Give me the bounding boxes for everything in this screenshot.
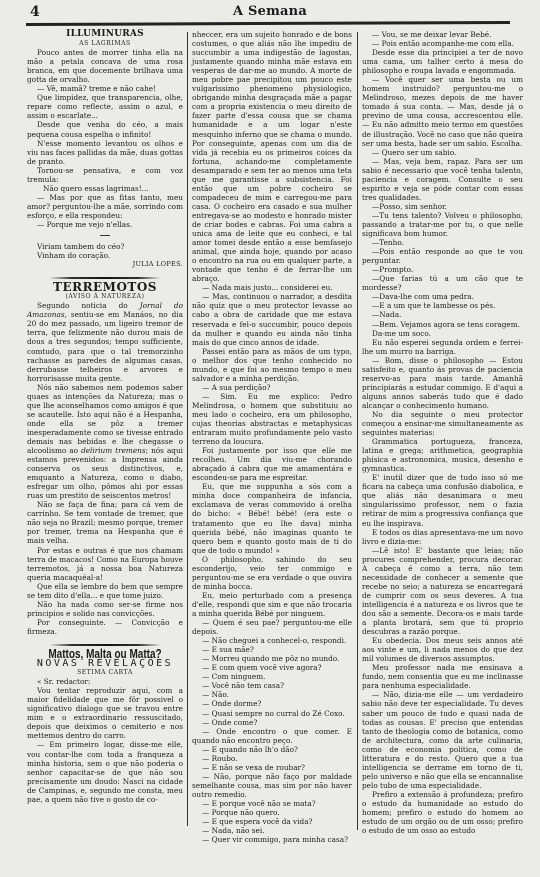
article-subtitle: AS LAGRIMAS [27, 39, 183, 48]
article-title: Mattos, Malta ou Matta? [43, 650, 168, 659]
paragraph: — Sim. Eu me explico: Pedro Melindrosa, … [192, 392, 352, 446]
paragraph: —Prompto. [362, 265, 523, 274]
article-mattos: Mattos, Malta ou Matta? NOVAS REVELAÇÕES… [27, 650, 183, 804]
separator [100, 235, 110, 236]
paragraph: Que limpidez, que transparencia, olhe, r… [27, 93, 183, 120]
dialogue-line: — Você não tem casa? [192, 681, 352, 690]
column-divider [187, 32, 188, 826]
paragraph: Tornou-se pensativa, e com voz tremula: [27, 166, 183, 184]
paragraph: Não quero essas lagrimas!... [27, 184, 183, 193]
paragraph: — Vou, se me deixar levar Bebé. [362, 30, 523, 39]
paragraph: — Bom, disse o philosopho — Estou satisf… [362, 356, 523, 410]
dialogue-line: — Onde dorme? [192, 699, 352, 708]
paragraph: Por conseguinte. — Convicção e firmeza. [27, 618, 183, 636]
paragraph: — Porque me vejo n'ellas. [27, 220, 183, 229]
paragraph: — Nada mais justo... considerei eu. [192, 283, 352, 292]
dialogue-line: — E que espera você da vida? [192, 817, 352, 826]
paragraph: Não se faça de fina; para cá vem de carr… [27, 500, 183, 545]
paragraph: — A sua perdição? [192, 383, 352, 392]
dialogue-line: — Morreu quando me pôz no mundo. [192, 654, 352, 663]
paragraph: — Mas, veja bem, rapaz. Para ser um sabi… [362, 157, 523, 202]
closing-line: Viriam tambem do céo? [27, 242, 183, 251]
dialogue-line: — Nada, não sei. [192, 826, 352, 835]
dialogue-line: — E sua mãe? [192, 645, 352, 654]
paragraph: E' inutil dizer que de tudo isso só me f… [362, 473, 523, 527]
paragraph: —Bem. Vejamos agora se tens coragem. [362, 320, 523, 329]
closing-line: Vinham do coração. [27, 251, 183, 260]
paragraph: E todos os dias apresentava-me um novo l… [362, 528, 523, 546]
salutation: « Sr. redactor: [27, 677, 183, 686]
ornamental-rule [49, 277, 161, 279]
paragraph: Desde que venha do céo, a mais pequena c… [27, 120, 183, 138]
dialogue-line: — Porque não quero. [192, 808, 352, 817]
dialogue-line: — E não se vexa de roubar? [192, 763, 352, 772]
paragraph: —Dava-lhe com uma pedra. [362, 292, 523, 301]
paragraph: —Tu tens talento? Volveu o philosopho, p… [362, 211, 523, 238]
dialogue-line: — Quer vir commigo, para minha casa? [192, 835, 352, 844]
dialogue-line: — E com quem você vive agora? [192, 663, 352, 672]
author-signature: JULIA LOPES. [27, 260, 183, 269]
paragraph: — Não, dizia-me elle — um verdadeiro sab… [362, 690, 523, 790]
paragraph: N'esse momento levantou os olhos e viu n… [27, 139, 183, 166]
paragraph: Prefiro a extensão á profundeza; prefiro… [362, 790, 523, 835]
paragraph: Que ella se lembre do bem que sempre se … [27, 582, 183, 600]
paragraph: —E a um que te lambesse os pés. [362, 301, 523, 310]
paragraph: — Mas por que as fitas tanto, meu amor? … [27, 193, 183, 220]
paragraph: Passei então para as mãos de um typo, o … [192, 347, 352, 383]
paragraph: —Pois então responde ao que te vou pergu… [362, 247, 523, 265]
page-header: 4 A Semana [0, 0, 540, 24]
paragraph: — Mas, continuou o narrador, a desdita n… [192, 292, 352, 346]
paragraph: Grammatica portugueza, franceza, latina … [362, 437, 523, 473]
dialogue-line: — Não cheguei a conhecel-o, respondi. [192, 636, 352, 645]
paragraph: Meu professor nada me ensinava a fundo, … [362, 663, 523, 690]
paragraph: O philosopho, sahindo do seu esconderijo… [192, 555, 352, 591]
paragraph: Eu obedecia. Dos meus seis annos até aos… [362, 636, 523, 663]
paragraph: Desde esse dia principiei a ter de novo … [362, 48, 523, 75]
paragraph: — Você quer ser uma besta ou um homem in… [362, 75, 523, 147]
dialogue-line: — Com ninguem. [192, 672, 352, 681]
article-title: ILLUMINURAS [27, 30, 183, 39]
dialogue-line: — E porque você não se mata? [192, 799, 352, 808]
dialogue-line: — E quando não lh'o dão? [192, 745, 352, 754]
paragraph: Segundo noticia do Jornal do Amazonas, s… [27, 301, 183, 382]
dialogue-line: — Quasi sempre no curral do Zé Coxo. [192, 709, 352, 718]
column-divider [357, 32, 358, 830]
ornamental-rule [49, 644, 161, 646]
article-subtitle: (AVISO Á NATUREZA) [27, 292, 183, 301]
dialogue-line: — Onde encontro o que comer. E quando nã… [192, 727, 352, 745]
paragraph: Foi justamente por isso que elle me reco… [192, 446, 352, 482]
paragraph: No dia seguinte o meu protector começou … [362, 410, 523, 437]
header-rule [26, 21, 510, 26]
paragraph: Eu, meio perturbado com a presença d'ell… [192, 591, 352, 618]
paragraph: — Quem é seu pae? perguntou-me elle depo… [192, 618, 352, 636]
left-column: ILLUMINURAS AS LAGRIMAS Pouco antes de m… [27, 30, 183, 804]
dialogue-line: — Roubo. [192, 754, 352, 763]
paragraph: Não ha nada como ser-se firme nos princi… [27, 600, 183, 618]
paragraph: —Posso, sim senhor. [362, 202, 523, 211]
paragraph: Por estas e outras é que nos chamam terr… [27, 546, 183, 582]
article-section: SETIMA CARTA [27, 668, 183, 677]
paragraph: — Vê, mamã? treme e não cahe! [27, 84, 183, 93]
paragraph: Da-me um soco. [362, 329, 523, 338]
paragraph: Vou tentar reproduzir aqui, com a maior … [27, 686, 183, 740]
paragraph: —Que farias tú a um cão que te mordesse? [362, 274, 523, 292]
masthead: A Semana [0, 4, 540, 19]
paragraph: — Em primeiro logar, disse-me elle, vou … [27, 740, 183, 803]
paragraph: nheccer, era um sujeito honrado e de bon… [192, 30, 352, 283]
paragraph: —Nada. [362, 310, 523, 319]
paragraph: Eu, que me suppunha a sós com a minha do… [192, 482, 352, 554]
paragraph: Pouco antes de morrer tinha ella na mão … [27, 48, 183, 84]
right-column: — Vou, se me deixar levar Bebé.— Pois en… [362, 30, 523, 835]
dialogue-line: — Não. [192, 690, 352, 699]
paragraph: —Tenho. [362, 238, 523, 247]
article-title: TERREMOTOS [27, 283, 183, 292]
dialogue-line: — Não, porque não faço por maldade semel… [192, 772, 352, 799]
paragraph: —Lê isto! E' bastante que leias; não pro… [362, 546, 523, 636]
paragraph: Eu não esperei segunda ordem e ferrei-lh… [362, 338, 523, 356]
middle-column: nheccer, era um sujeito honrado e de bon… [192, 30, 352, 844]
dialogue-line: — Onde come? [192, 718, 352, 727]
paragraph: — Quero ser um sabio. [362, 148, 523, 157]
paragraph: Nós não sabemos nem podemos saber quaes … [27, 383, 183, 501]
article-terremotos: TERREMOTOS (AVISO Á NATUREZA) Segundo no… [27, 283, 183, 636]
article-illuminuras: ILLUMINURAS AS LAGRIMAS Pouco antes de m… [27, 30, 183, 269]
paragraph: — Pois então acompanhe-me com ella. [362, 39, 523, 48]
